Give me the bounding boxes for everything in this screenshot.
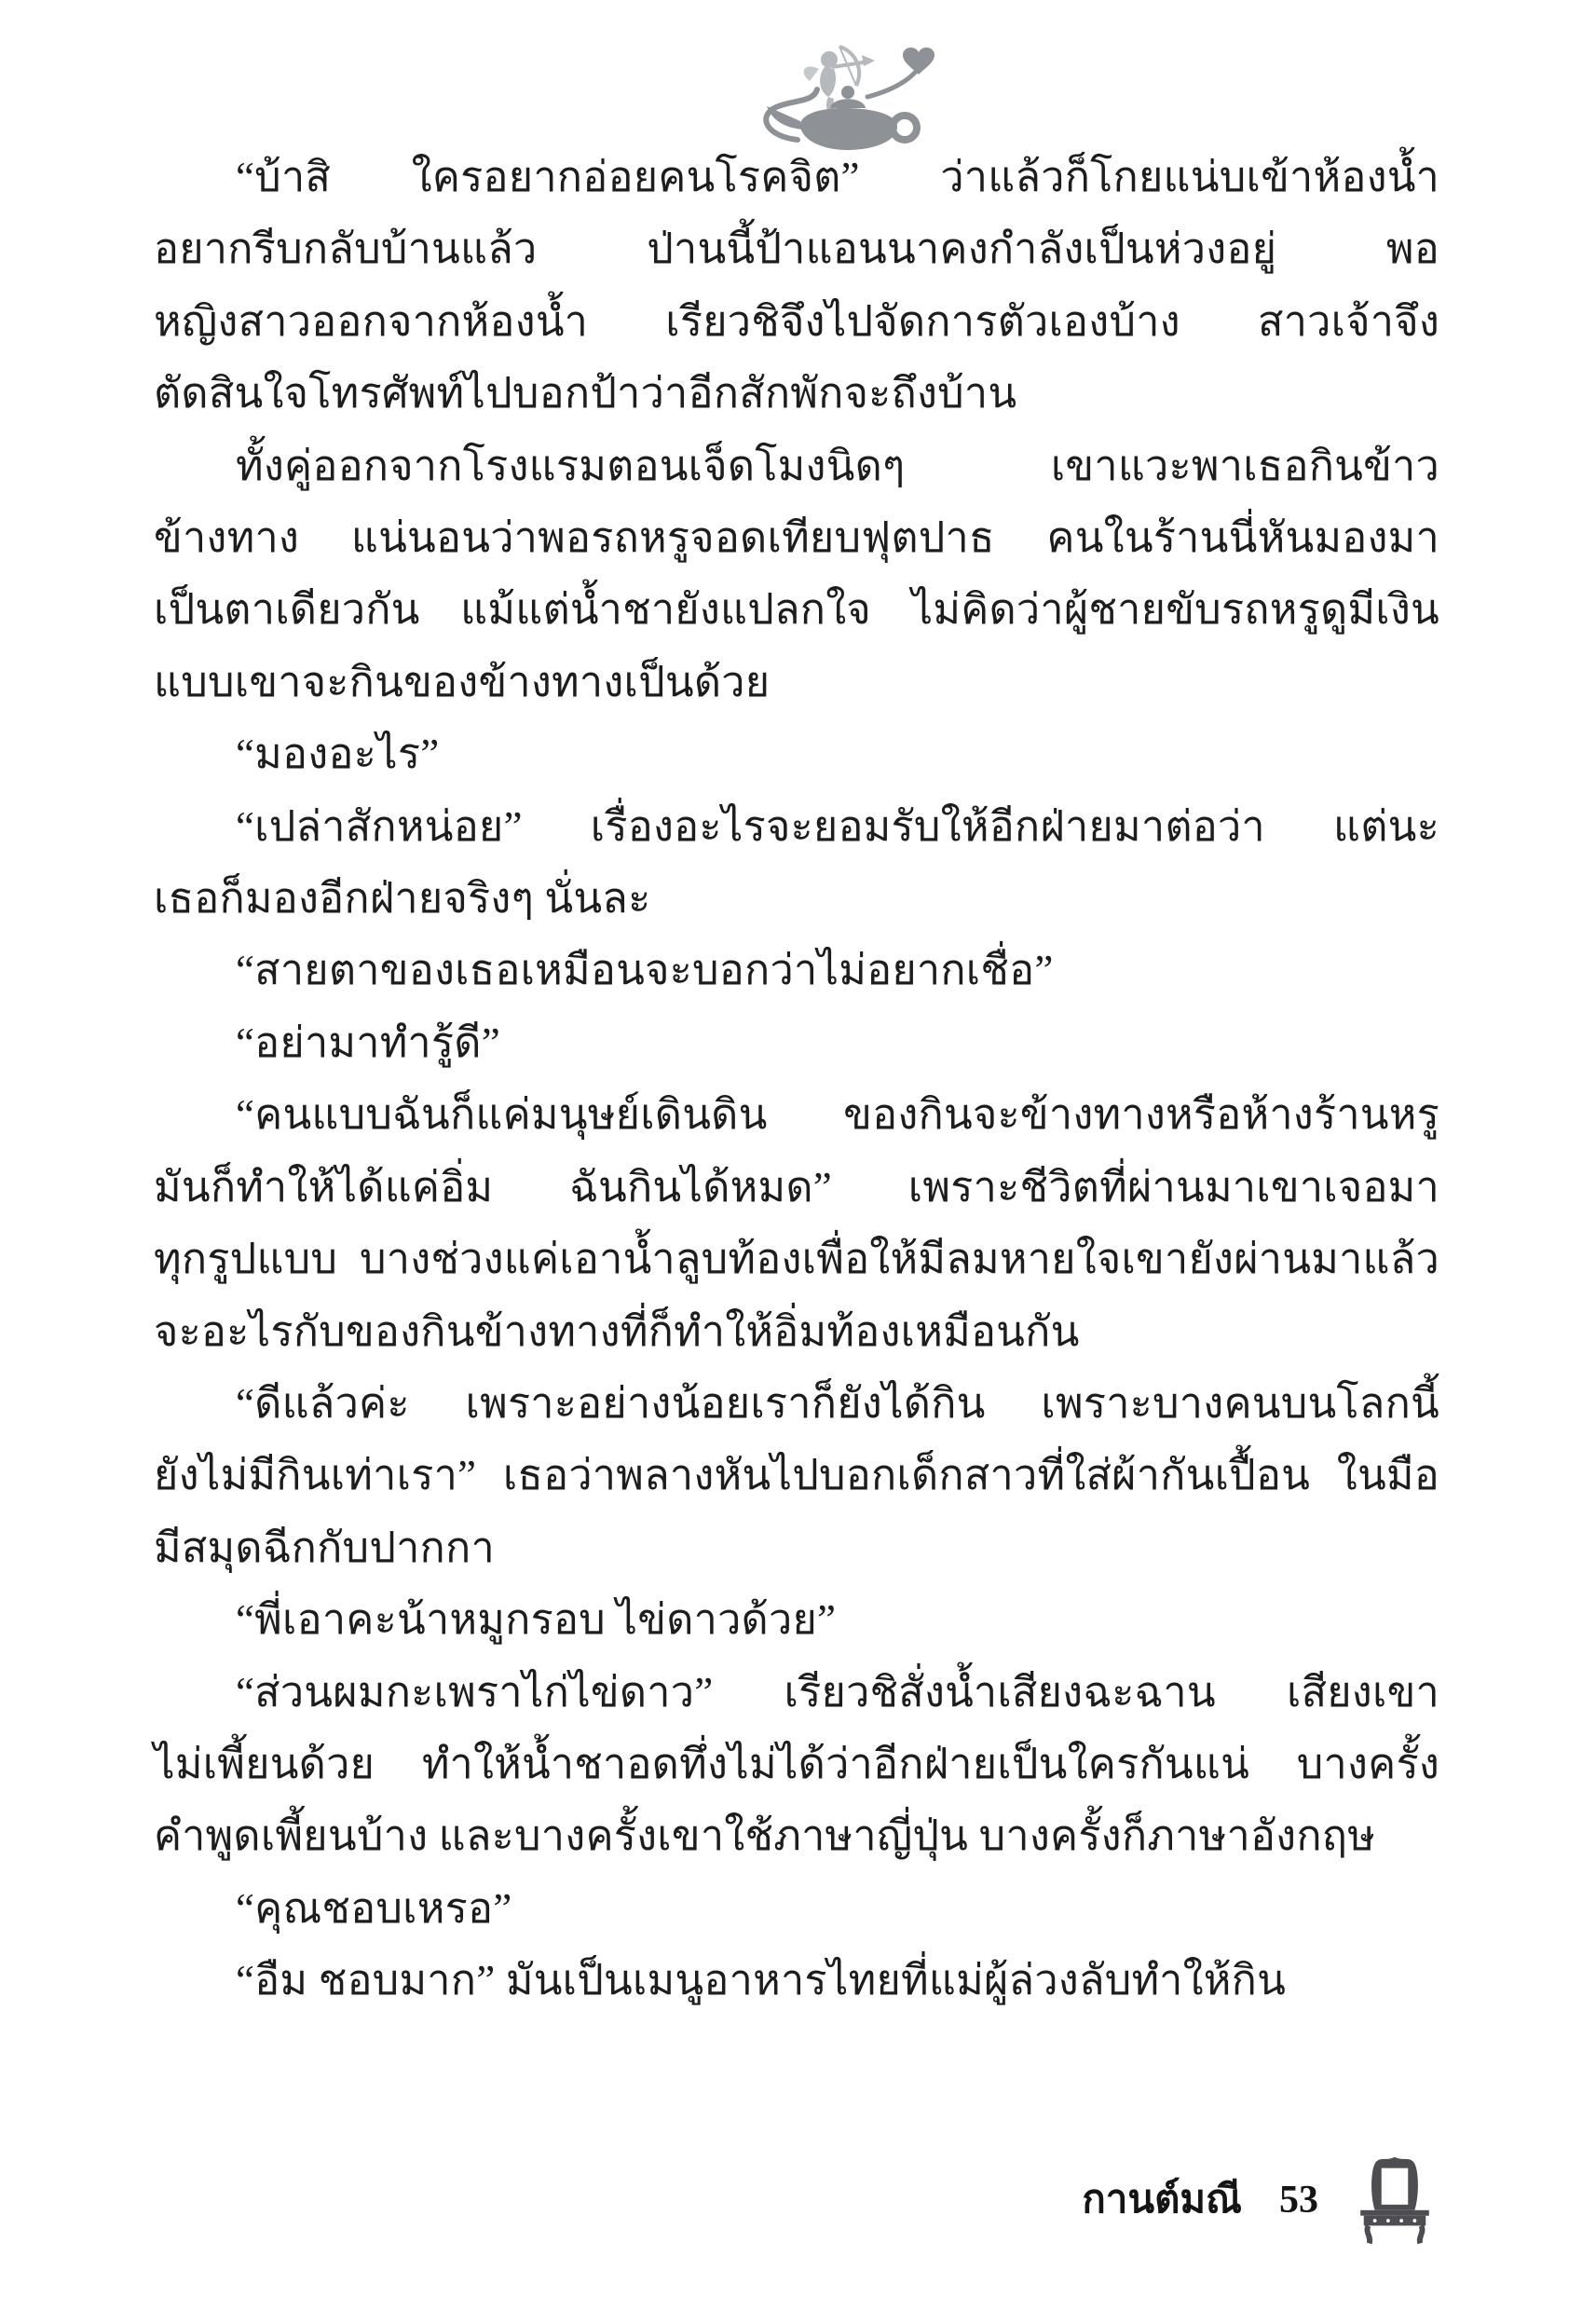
text-line: มันก็ทำให้ได้แค่อิ่ม ฉันกินได้หมด” เพราะ… — [154, 1152, 1439, 1224]
book-page: “บ้าสิ ใครอยากอ่อยคนโรคจิต” ว่าแล้วก็โกย… — [0, 0, 1596, 2311]
paragraph: “พี่เอาคะน้าหมูกรอบ ไข่ดาวด้วย” — [154, 1584, 1439, 1656]
text-line: “ดีแล้วค่ะ เพราะอย่างน้อยเราก็ยังได้กิน … — [154, 1368, 1439, 1440]
text-line: ไม่เพี้ยนด้วย ทำให้น้ำชาอดทึ่งไม่ได้ว่าอ… — [154, 1729, 1439, 1800]
text-line: “เปล่าสักหน่อย” เรื่องอะไรจะยอมรับให้อีก… — [154, 791, 1439, 863]
page-number: 53 — [1279, 2181, 1318, 2220]
text-line: จะอะไรกับของกินข้างทางที่ก็ทำให้อิ่มท้อง… — [154, 1296, 1439, 1368]
text-line: “บ้าสิ ใครอยากอ่อยคนโรคจิต” ว่าแล้วก็โกย… — [154, 142, 1439, 213]
cupid-lamp-icon — [739, 35, 939, 158]
text-line: ทั้งคู่ออกจากโรงแรมตอนเจ็ดโมงนิดๆ เขาแวะ… — [154, 431, 1439, 502]
page-footer: กานต์มณี 53 — [1082, 2154, 1430, 2249]
paragraph: ทั้งคู่ออกจากโรงแรมตอนเจ็ดโมงนิดๆ เขาแวะ… — [154, 431, 1439, 719]
paragraph: “คนแบบฉันก็แค่มนุษย์เดินดิน ของกินจะข้าง… — [154, 1079, 1439, 1368]
text-line: หญิงสาวออกจากห้องน้ำ เรียวชิจึงไปจัดการต… — [154, 286, 1439, 358]
text-line: “ส่วนผมกะเพราไก่ไข่ดาว” เรียวชิสั่งน้ำเส… — [154, 1657, 1439, 1729]
text-line: “พี่เอาคะน้าหมูกรอบ ไข่ดาวด้วย” — [154, 1584, 1439, 1656]
paragraph: “เปล่าสักหน่อย” เรื่องอะไรจะยอมรับให้อีก… — [154, 791, 1439, 936]
paragraph: “อืม ชอบมาก” มันเป็นเมนูอาหารไทยที่แม่ผู… — [154, 1945, 1439, 2017]
text-line: “อืม ชอบมาก” มันเป็นเมนูอาหารไทยที่แม่ผู… — [154, 1945, 1439, 2017]
text-line: ข้างทาง แน่นอนว่าพอรถหรูจอดเทียบฟุตปาธ ค… — [154, 502, 1439, 574]
paragraph: “คุณชอบเหรอ” — [154, 1873, 1439, 1945]
vanity-table-icon — [1359, 2154, 1430, 2249]
text-line: “มองอะไร” — [154, 718, 1439, 790]
text-line: คำพูดเพี้ยนบ้าง และบางครั้งเขาใช้ภาษาญี่… — [154, 1800, 1439, 1872]
text-line: ยังไม่มีกินเท่าเรา” เธอว่าพลางหันไปบอกเด… — [154, 1440, 1439, 1511]
chapter-ornament — [739, 35, 939, 158]
text-line: แบบเขาจะกินของข้างทางเป็นด้วย — [154, 647, 1439, 718]
text-line: เธอก็มองอีกฝ่ายจริงๆ นั่นละ — [154, 863, 1439, 935]
paragraph: “ดีแล้วค่ะ เพราะอย่างน้อยเราก็ยังได้กิน … — [154, 1368, 1439, 1584]
running-footer-title: กานต์มณี — [1082, 2181, 1242, 2220]
paragraph: “บ้าสิ ใครอยากอ่อยคนโรคจิต” ว่าแล้วก็โกย… — [154, 142, 1439, 431]
text-line: ตัดสินใจโทรศัพท์ไปบอกป้าว่าอีกสักพักจะถึ… — [154, 358, 1439, 430]
paragraph: “สายตาของเธอเหมือนจะบอกว่าไม่อยากเชื่อ” — [154, 935, 1439, 1006]
paragraph: “อย่ามาทำรู้ดี” — [154, 1007, 1439, 1079]
paragraph: “มองอะไร” — [154, 718, 1439, 790]
text-line: อยากรีบกลับบ้านแล้ว ป่านนี้ป้าแอนนาคงกำล… — [154, 213, 1439, 285]
text-line: “สายตาของเธอเหมือนจะบอกว่าไม่อยากเชื่อ” — [154, 935, 1439, 1006]
text-line: มีสมุดฉีกกับปากกา — [154, 1512, 1439, 1584]
text-line: “อย่ามาทำรู้ดี” — [154, 1007, 1439, 1079]
text-line: “คุณชอบเหรอ” — [154, 1873, 1439, 1945]
body-text: “บ้าสิ ใครอยากอ่อยคนโรคจิต” ว่าแล้วก็โกย… — [154, 142, 1439, 2017]
paragraph: “ส่วนผมกะเพราไก่ไข่ดาว” เรียวชิสั่งน้ำเส… — [154, 1657, 1439, 1873]
text-line: ทุกรูปแบบ บางช่วงแค่เอาน้ำลูบท้องเพื่อให… — [154, 1224, 1439, 1295]
text-line: “คนแบบฉันก็แค่มนุษย์เดินดิน ของกินจะข้าง… — [154, 1079, 1439, 1151]
text-line: เป็นตาเดียวกัน แม้แต่น้ำชายังแปลกใจ ไม่ค… — [154, 574, 1439, 646]
